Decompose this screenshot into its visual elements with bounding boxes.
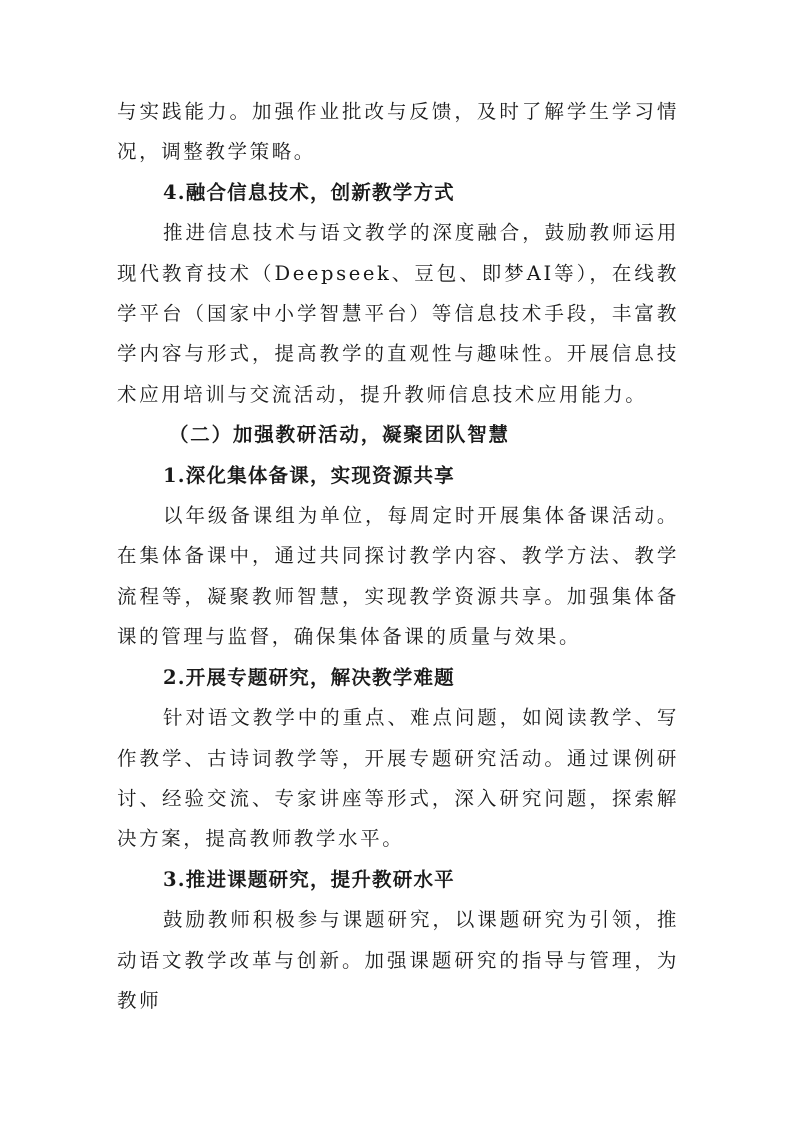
section-heading-teaching-research: （二）加强教研活动，凝聚团队智慧 xyxy=(117,415,679,455)
paragraph-it-integration: 推进信息技术与语文教学的深度融合，鼓励教师运用现代教育技术（Deepseek、豆… xyxy=(117,213,679,415)
paragraph-collective-lesson-prep: 以年级备课组为单位，每周定时开展集体备课活动。在集体备课中，通过共同探讨教学内容… xyxy=(117,496,679,658)
paragraph-project-research: 鼓励教师积极参与课题研究，以课题研究为引领，推动语文教学改革与创新。加强课题研究… xyxy=(117,900,679,1021)
subheading-integrate-it: 4.融合信息技术，创新教学方式 xyxy=(117,173,679,213)
paragraph-practice-ability: 与实践能力。加强作业批改与反馈，及时了解学生学习情况，调整教学策略。 xyxy=(117,92,679,173)
subheading-project-research: 3.推进课题研究，提升教研水平 xyxy=(117,860,679,900)
paragraph-thematic-research: 针对语文教学中的重点、难点问题，如阅读教学、写作教学、古诗词教学等，开展专题研究… xyxy=(117,698,679,860)
subheading-thematic-research: 2.开展专题研究，解决教学难题 xyxy=(117,658,679,698)
document-page: 与实践能力。加强作业批改与反馈，及时了解学生学习情况，调整教学策略。 4.融合信… xyxy=(117,92,679,1021)
subheading-collective-lesson-prep: 1.深化集体备课，实现资源共享 xyxy=(117,456,679,496)
